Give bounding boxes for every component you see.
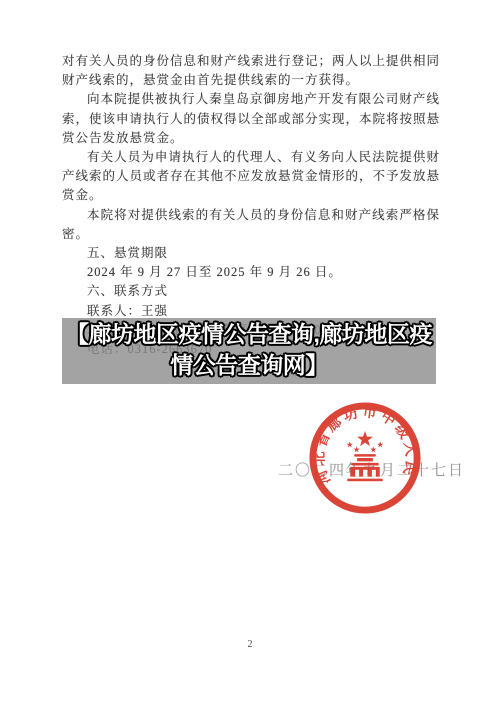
document-paragraph: 向本院提供被执行人秦皇岛京御房地产开发有限公司财产线索，使该申请执行人的债权得以… xyxy=(62,90,440,148)
watermark-line-1: 【廊坊地区疫情公告查询,廊坊地区疫 xyxy=(62,319,436,350)
watermark-overlay: 【廊坊地区疫情公告查询,廊坊地区疫 情公告查询网】 xyxy=(62,318,436,384)
court-seal-svg: 河北省廊坊市中级人民法院 xyxy=(306,399,424,517)
document-paragraph: 2024 年 9 月 27 日至 2025 年 9 月 26 日。 xyxy=(62,263,440,282)
watermark-line-2: 情公告查询网】 xyxy=(62,350,436,381)
document-page: 对有关人员的身份信息和财产线索进行登记；两人以上提供相同财产线索的，悬赏金由首先… xyxy=(0,0,500,706)
national-emblem-icon xyxy=(347,431,384,481)
document-body: 对有关人员的身份信息和财产线索进行登记；两人以上提供相同财产线索的，悬赏金由首先… xyxy=(62,52,440,359)
page-number: 2 xyxy=(0,639,500,650)
document-paragraph: 五、悬赏期限 xyxy=(62,244,440,263)
document-paragraph: 六、联系方式 xyxy=(62,282,440,301)
document-paragraph: 对有关人员的身份信息和财产线索进行登记；两人以上提供相同财产线索的，悬赏金由首先… xyxy=(62,52,440,90)
court-seal: 河北省廊坊市中级人民法院 xyxy=(306,399,424,517)
document-paragraph: 有关人员为申请执行人的代理人、有义务向人民法院提供财产线索的人员或者存在其他不应… xyxy=(62,148,440,206)
document-paragraph: 本院将对提供线索的有关人员的身份信息和财产线索严格保密。 xyxy=(62,206,440,244)
